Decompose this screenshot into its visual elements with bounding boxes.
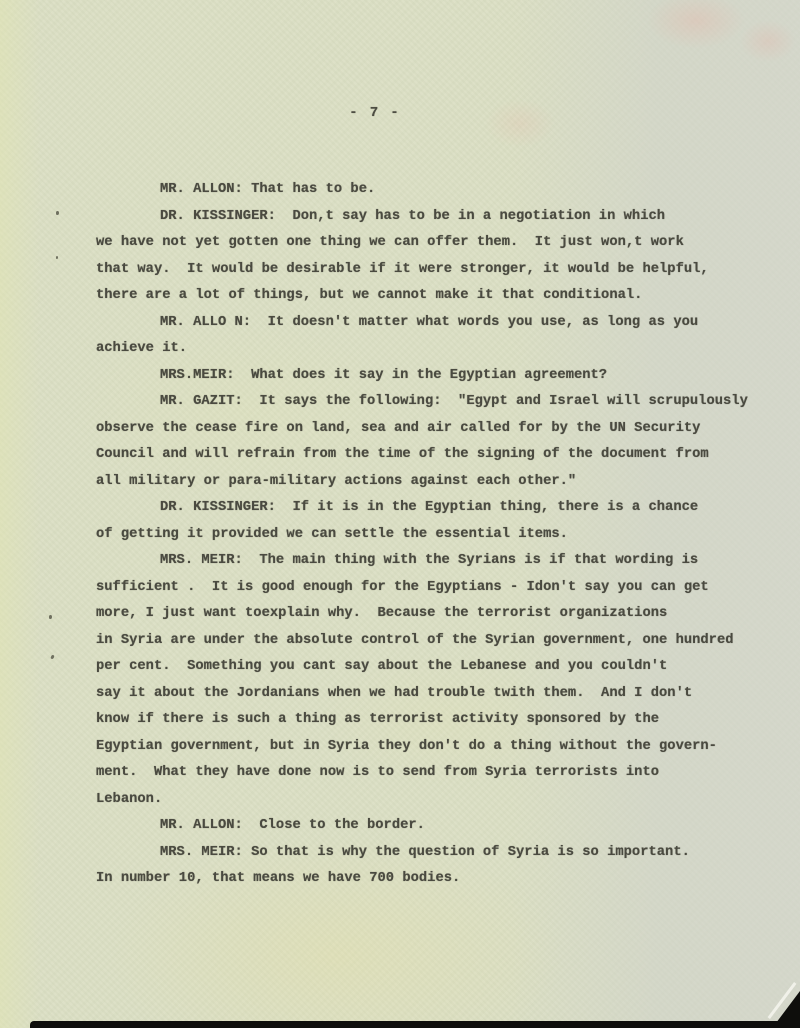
text-line: Council and will refrain from the time o… [96,442,766,469]
text-line: per cent. Something you cant say about t… [96,654,766,681]
ink-speck [56,256,58,259]
text-line: Lebanon. [96,787,766,814]
text-line: MRS.MEIR: What does it say in the Egypti… [96,363,766,390]
text-line: MR. GAZIT: It says the following: "Egypt… [96,389,766,416]
ink-speck [50,655,54,660]
text-line: MR. ALLON: Close to the border. [96,813,766,840]
text-line: more, I just want toexplain why. Because… [96,601,766,628]
text-line: in Syria are under the absolute control … [96,628,766,655]
scanned-document-page: - 7 - MR. ALLON: That has to be.DR. KISS… [0,0,800,1028]
text-line: MR. ALLON: That has to be. [96,177,766,204]
text-line: MRS. MEIR: So that is why the question o… [96,840,766,867]
text-line: there are a lot of things, but we cannot… [96,283,766,310]
text-line: ment. What they have done now is to send… [96,760,766,787]
text-line: In number 10, that means we have 700 bod… [96,866,766,893]
text-line: of getting it provided we can settle the… [96,522,766,549]
text-line: all military or para-military actions ag… [96,469,766,496]
text-line: know if there is such a thing as terrori… [96,707,766,734]
transcript-text-block: MR. ALLON: That has to be.DR. KISSINGER:… [96,177,766,893]
text-line: Egyptian government, but in Syria they d… [96,734,766,761]
text-line: MRS. MEIR: The main thing with the Syria… [96,548,766,575]
ink-speck [49,615,52,619]
text-line: we have not yet gotten one thing we can … [96,230,766,257]
page-number: - 7 - [0,106,750,121]
text-line: DR. KISSINGER: Don,t say has to be in a … [96,204,766,231]
text-line: say it about the Jordanians when we had … [96,681,766,708]
text-line: that way. It would be desirable if it we… [96,257,766,284]
text-line: MR. ALLO N: It doesn't matter what words… [96,310,766,337]
text-line: sufficient . It is good enough for the E… [96,575,766,602]
scan-corner-shadow [776,991,800,1023]
ink-speck [56,211,59,215]
text-line: observe the cease fire on land, sea and … [96,416,766,443]
text-line: DR. KISSINGER: If it is in the Egyptian … [96,495,766,522]
text-line: achieve it. [96,336,766,363]
scan-bottom-edge [30,1021,800,1028]
